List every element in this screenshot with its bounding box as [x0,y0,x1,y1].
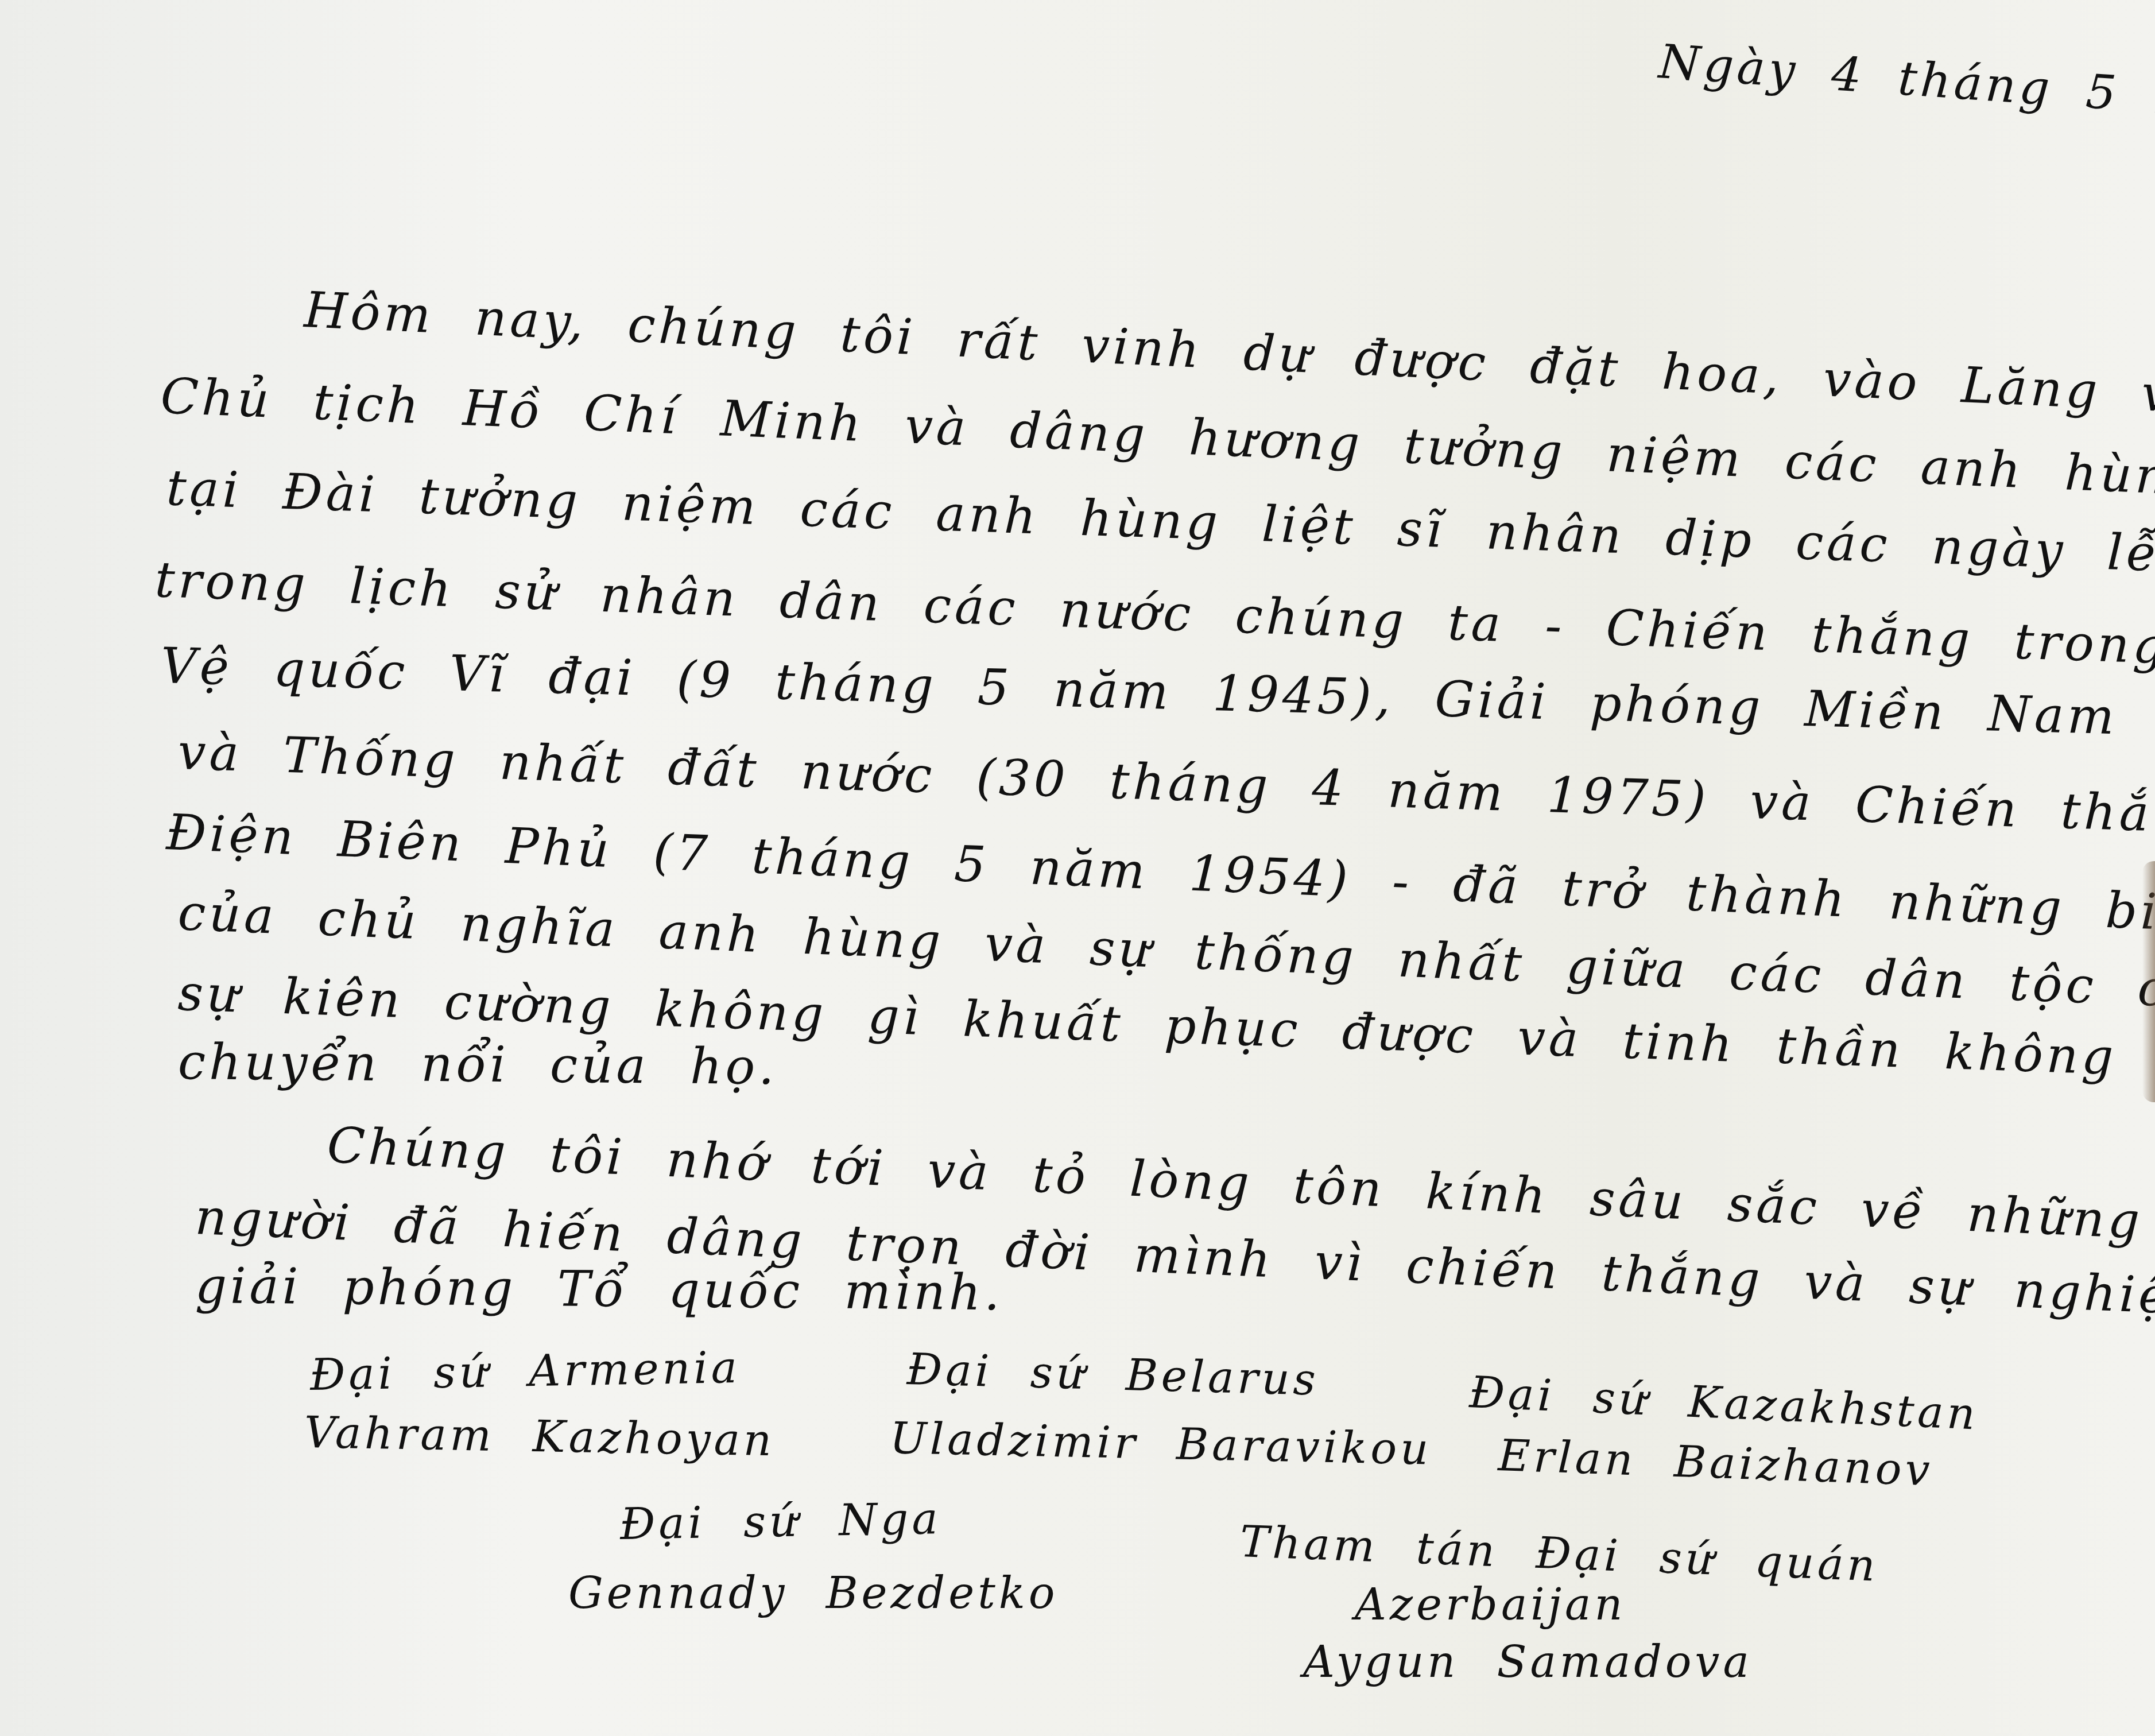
body-line: chuyển nổi của họ. [178,1033,778,1096]
signature-title-russia: Đại sứ Nga [619,1493,941,1549]
signature-title-belarus: Đại sứ Belarus [906,1343,1320,1405]
signature-title-armenia: Đại sứ Armenia [309,1342,741,1400]
signature-name-russia: Gennady Bezdetko [568,1567,1058,1618]
signature-name-armenia: Vahram Kazhoyan [304,1406,775,1466]
body-line: giải phóng Tổ quốc mình. [195,1257,1004,1322]
signature-name-kazakhstan: Erlan Baizhanov [1497,1429,1934,1495]
letter-date: Ngày 4 tháng 5 năm 2023 [1657,34,2155,143]
signature-subtitle-azerbaijan: Azerbaijan [1355,1579,1626,1630]
signature-title-kazakhstan: Đại sứ Kazakhstan [1468,1366,1980,1440]
signature-name-azerbaijan: Aygun Samadova [1303,1636,1753,1687]
paper-sheet: Ngày 4 tháng 5 năm 2023 Hôm nay, chúng t… [0,0,2155,1736]
signature-name-belarus: Uladzimir Baravikou [889,1412,1432,1475]
page-edge-shadow [2142,861,2155,1102]
